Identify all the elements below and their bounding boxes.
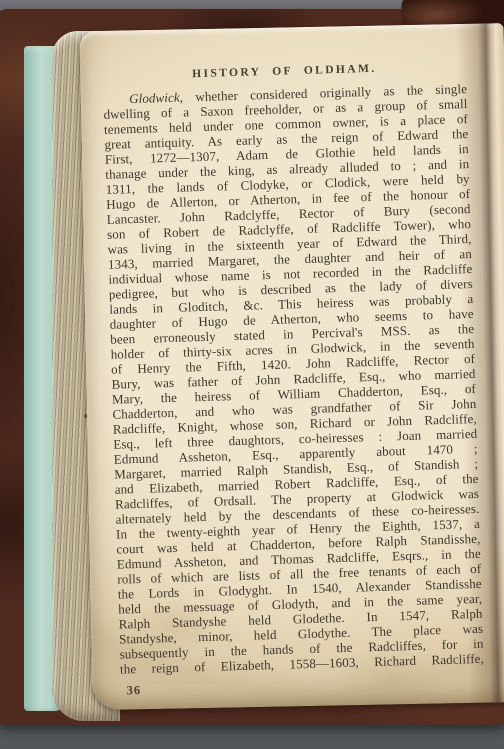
book-photo: HISTORY OF OLDHAM. Glodwick, whether con… [0, 0, 504, 749]
page-content: HISTORY OF OLDHAM. Glodwick, whether con… [102, 60, 484, 699]
page-number: 36 [126, 673, 484, 699]
body-text: Glodwick, whether considered originally … [103, 81, 484, 677]
book-page: HISTORY OF OLDHAM. Glodwick, whether con… [80, 23, 504, 710]
running-header: HISTORY OF OLDHAM. [102, 60, 466, 83]
opening-word: Glodwick [129, 90, 180, 106]
